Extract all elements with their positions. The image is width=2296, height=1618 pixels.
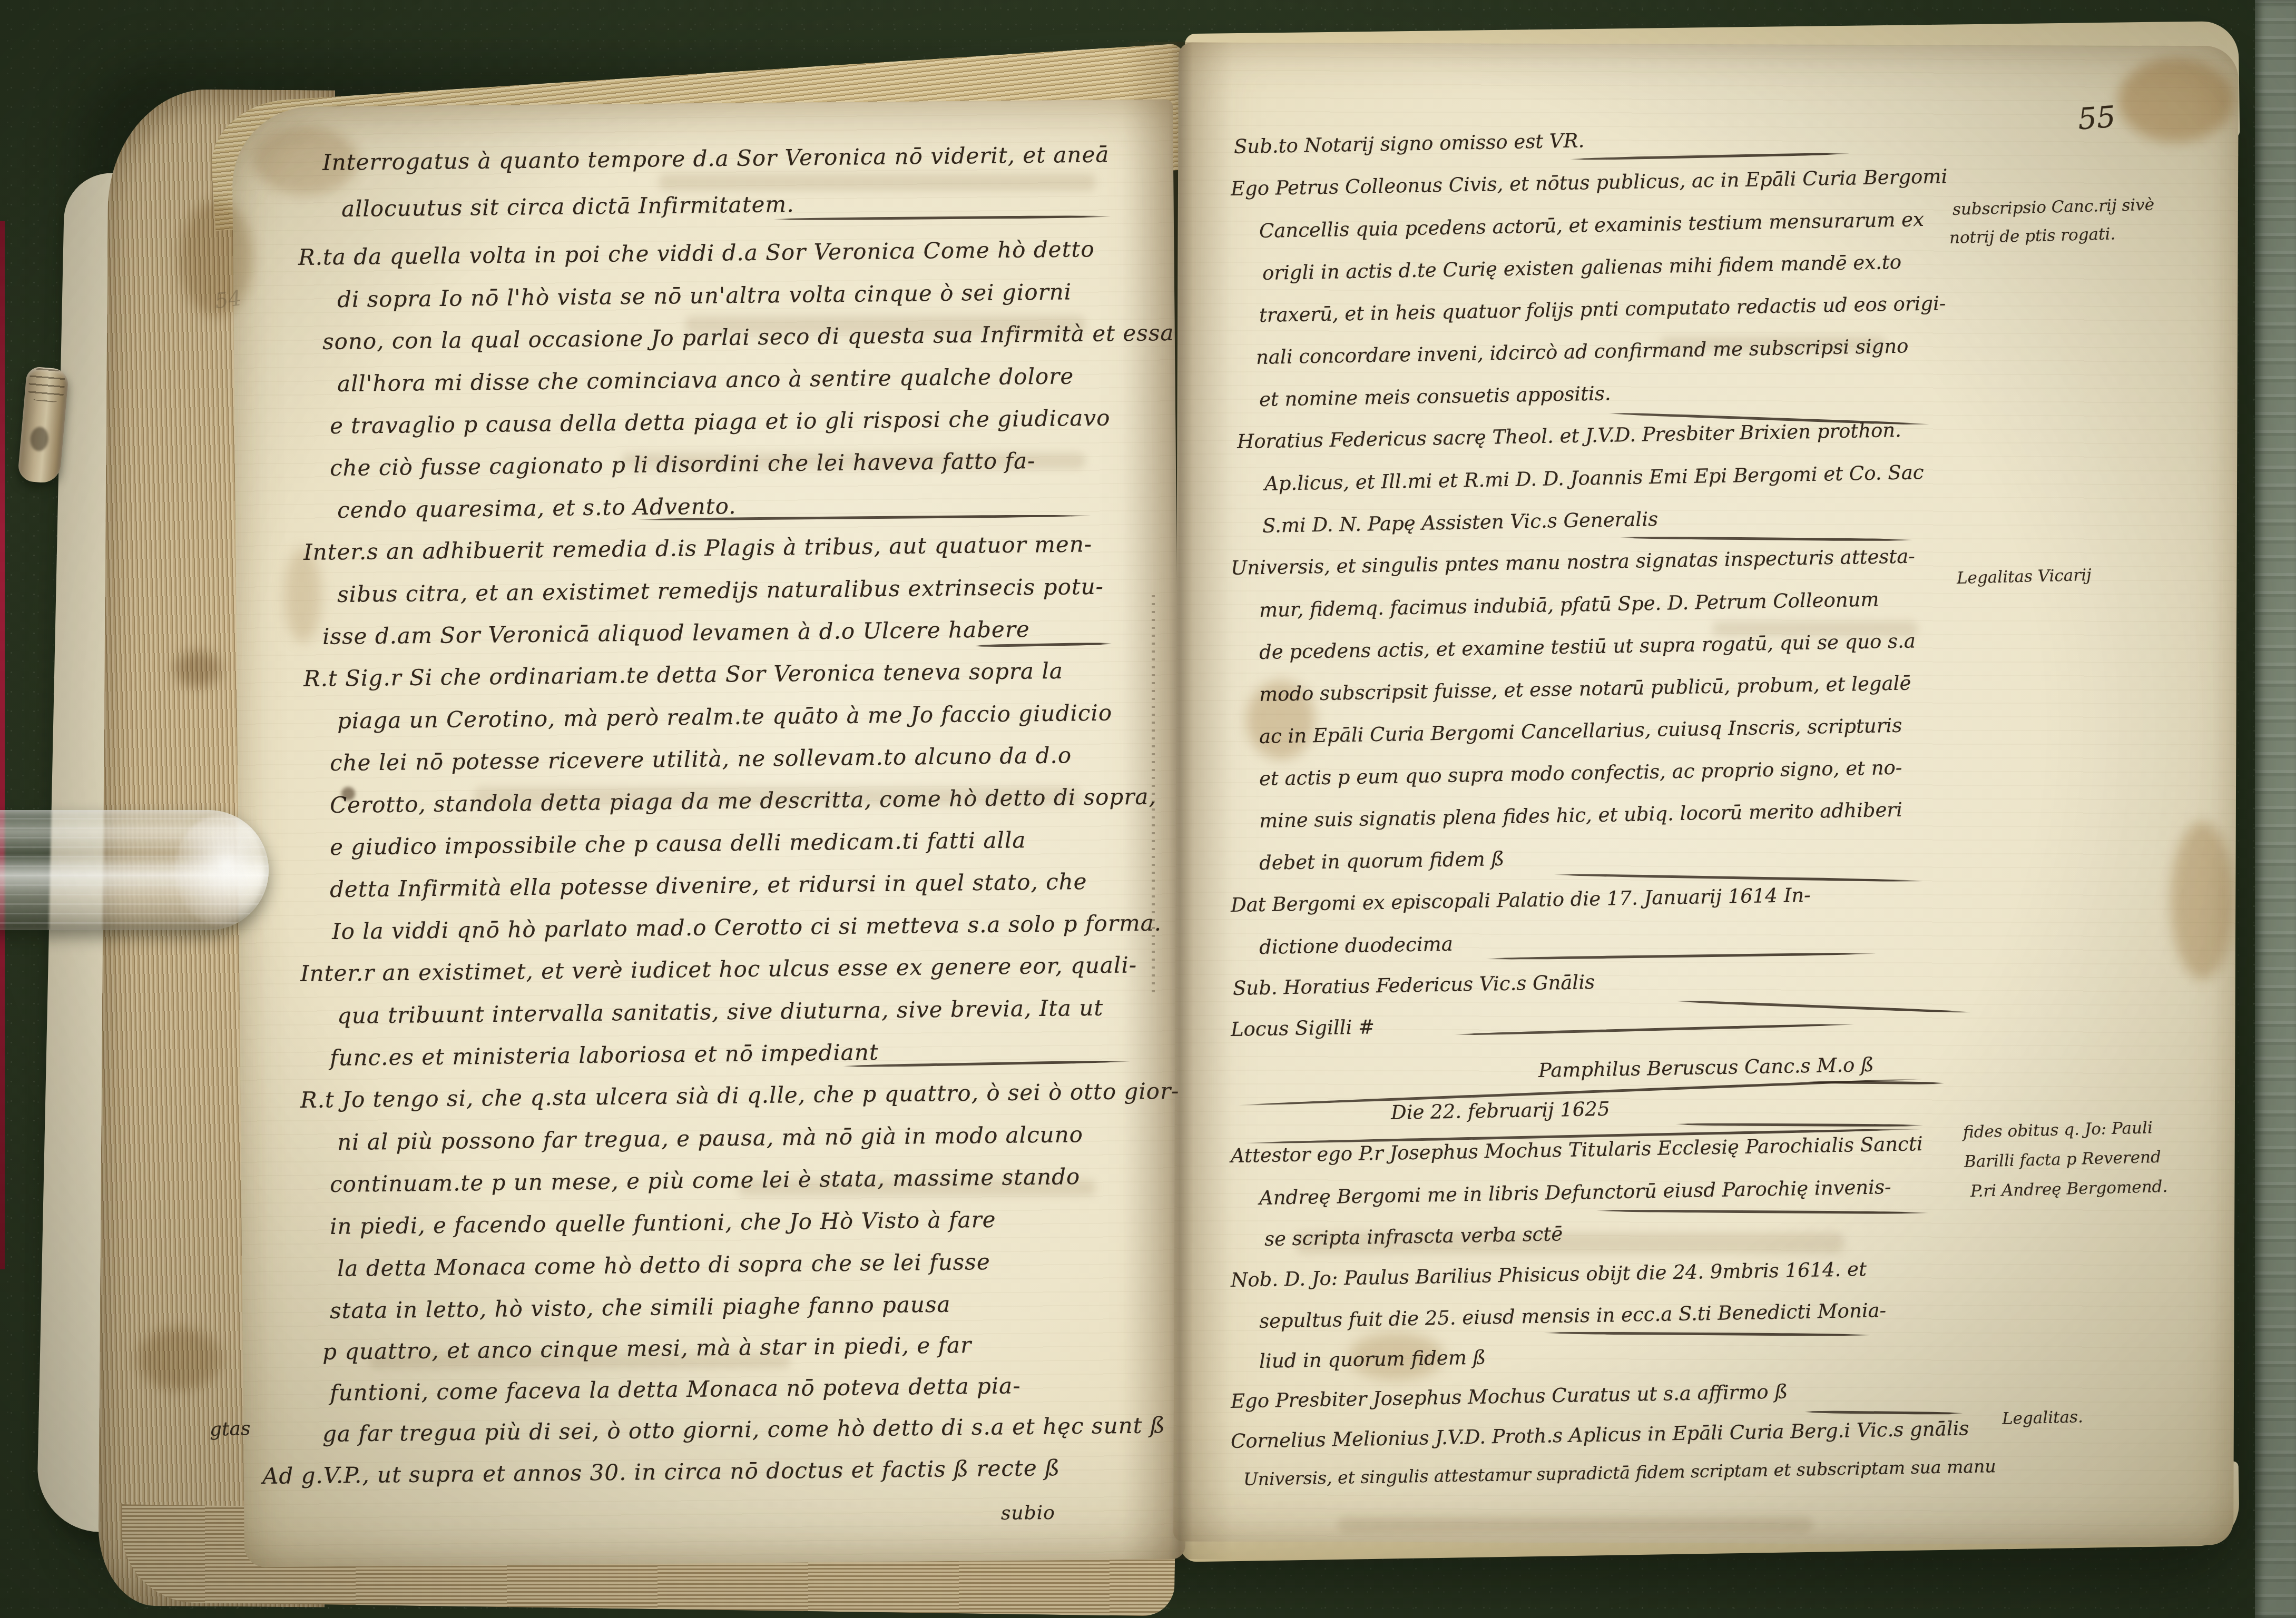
- table-edge-strip: [2255, 0, 2296, 1618]
- paper-stain: [284, 548, 321, 643]
- ink-show-through: [685, 316, 1085, 334]
- glass-paperweight: [0, 810, 269, 930]
- paper-stain: [2118, 58, 2234, 142]
- ink-show-through: [1296, 1232, 1844, 1254]
- ink-spot: [341, 787, 355, 801]
- binding-cloth-edge: [0, 221, 5, 1269]
- manuscript-photo-scene: Interrogatus à quanto tempore d.a Sor Ve…: [0, 0, 2296, 1618]
- paper-stain: [253, 126, 358, 195]
- ink-show-through: [659, 174, 1096, 191]
- ink-show-through: [369, 1354, 790, 1368]
- ink-show-through: [738, 1180, 1096, 1196]
- ink-show-through: [1712, 621, 1918, 636]
- ink-show-through: [1660, 337, 1886, 351]
- right-page: [1173, 42, 2239, 1545]
- paper-stain: [2171, 822, 2234, 980]
- folio-number: 55: [2077, 100, 2117, 137]
- ink-show-through: [474, 787, 1080, 805]
- paper-stain: [179, 200, 253, 316]
- paper-stain: [1247, 680, 1315, 759]
- paper-stain: [1349, 1333, 1444, 1380]
- ink-show-through: [622, 453, 1085, 469]
- paper-stain: [137, 1327, 221, 1390]
- paper-stain: [174, 650, 221, 687]
- ink-show-through: [1338, 1517, 1812, 1533]
- gutter-crease: [1152, 595, 1155, 995]
- book-gutter: [1122, 42, 1233, 1559]
